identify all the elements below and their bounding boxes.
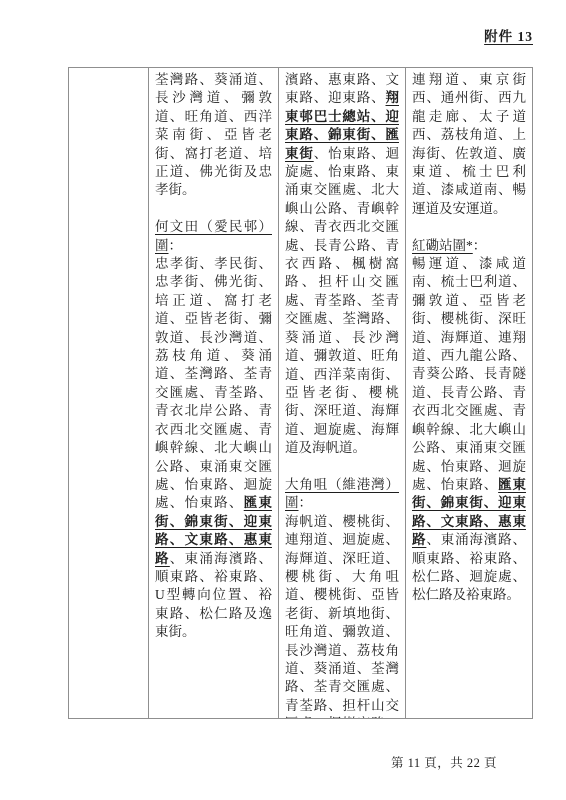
table-cell-routes-1: 荃灣路、葵涌道、長沙灣道、彌敦道、旺角道、西洋菜南街、亞皆老街、窩打老道、培正道… [149, 68, 279, 718]
cell-paragraph: 荃灣路、葵涌道、長沙灣道、彌敦道、旺角道、西洋菜南街、亞皆老街、窩打老道、培正道… [155, 71, 272, 200]
cell-spacer [155, 200, 272, 218]
road-names-text: 、怡東路、迴旋處、怡東路、東涌東交匯處、北大嶼山公路、青嶼幹線、青衣西北交匯處、… [285, 146, 399, 456]
road-names-text: 濱路、惠東路、文東路、迎東路、 [285, 72, 399, 105]
area-heading-text: 紅磡站圍* [412, 238, 473, 253]
road-names-text: 連翔道、東京街西、通州街、西九龍走廊、太子道西、荔枝角道、上海街、佐敦道、廣東道… [412, 72, 526, 216]
document-page: 附件 13 荃灣路、葵涌道、長沙灣道、彌敦道、旺角道、西洋菜南街、亞皆老街、窩打… [0, 0, 566, 800]
road-names-text: 暢運道、漆咸道南、梳士巴利道、彌敦道、亞皆老街、櫻桃街、深旺道、海輝道、連翔道、… [412, 256, 526, 492]
cell-heading: 何文田（愛民邨）圍： [155, 218, 272, 255]
cell-paragraph: 海帆道、櫻桃街、連翔道、迴旋處、海輝道、深旺道、櫻桃街、大角咀道、櫻桃街、亞皆老… [285, 513, 399, 718]
road-names-text: 海帆道、櫻桃街、連翔道、迴旋處、海輝道、深旺道、櫻桃街、大角咀道、櫻桃街、亞皆老… [285, 514, 399, 718]
table-cell-routes-2: 濱路、惠東路、文東路、迎東路、翔東邨巴士總站、迎東路、錦東街、匯東街、怡東路、迴… [279, 68, 406, 718]
routes-table: 荃灣路、葵涌道、長沙灣道、彌敦道、旺角道、西洋菜南街、亞皆老街、窩打老道、培正道… [68, 67, 533, 719]
page-number-footer: 第 11 頁，共 22 頁 [391, 753, 497, 771]
road-names-text: 忠孝街、孝民街、忠孝街、佛光街、培正道、窩打老道、亞皆老街、彌敦道、長沙灣道、荔… [155, 256, 272, 510]
table-cell-left-empty [69, 68, 149, 718]
cell-paragraph: 濱路、惠東路、文東路、迎東路、翔東邨巴士總站、迎東路、錦東街、匯東街、怡東路、迴… [285, 71, 399, 458]
table-cell-routes-3: 連翔道、東京街西、通州街、西九龍走廊、太子道西、荔枝角道、上海街、佐敦道、廣東道… [406, 68, 532, 718]
road-names-text: ： [169, 238, 183, 253]
road-names-text: 、東涌海濱路、順東路、裕東路、U型轉向位置、裕東路、松仁路及逸東街。 [155, 551, 272, 640]
road-names-text: 荃灣路、葵涌道、長沙灣道、彌敦道、旺角道、西洋菜南街、亞皆老街、窩打老道、培正道… [155, 72, 272, 197]
cell-spacer [412, 218, 526, 236]
cell-paragraph: 連翔道、東京街西、通州街、西九龍走廊、太子道西、荔枝角道、上海街、佐敦道、廣東道… [412, 71, 526, 218]
cell-heading: 紅磡站圍*： [412, 237, 526, 255]
attachment-label: 附件 13 [484, 25, 533, 45]
cell-spacer [285, 458, 399, 476]
road-names-text: ： [473, 238, 487, 253]
cell-paragraph: 忠孝街、孝民街、忠孝街、佛光街、培正道、窩打老道、亞皆老街、彌敦道、長沙灣道、荔… [155, 255, 272, 642]
road-names-text: 、東涌海濱路、順東路、裕東路、松仁路、迴旋處、松仁路及裕東路。 [412, 532, 526, 602]
cell-heading: 大角咀（維港灣）圍： [285, 476, 399, 513]
road-names-text: ： [299, 495, 313, 510]
cell-paragraph: 暢運道、漆咸道南、梳士巴利道、彌敦道、亞皆老街、櫻桃街、深旺道、海輝道、連翔道、… [412, 255, 526, 605]
